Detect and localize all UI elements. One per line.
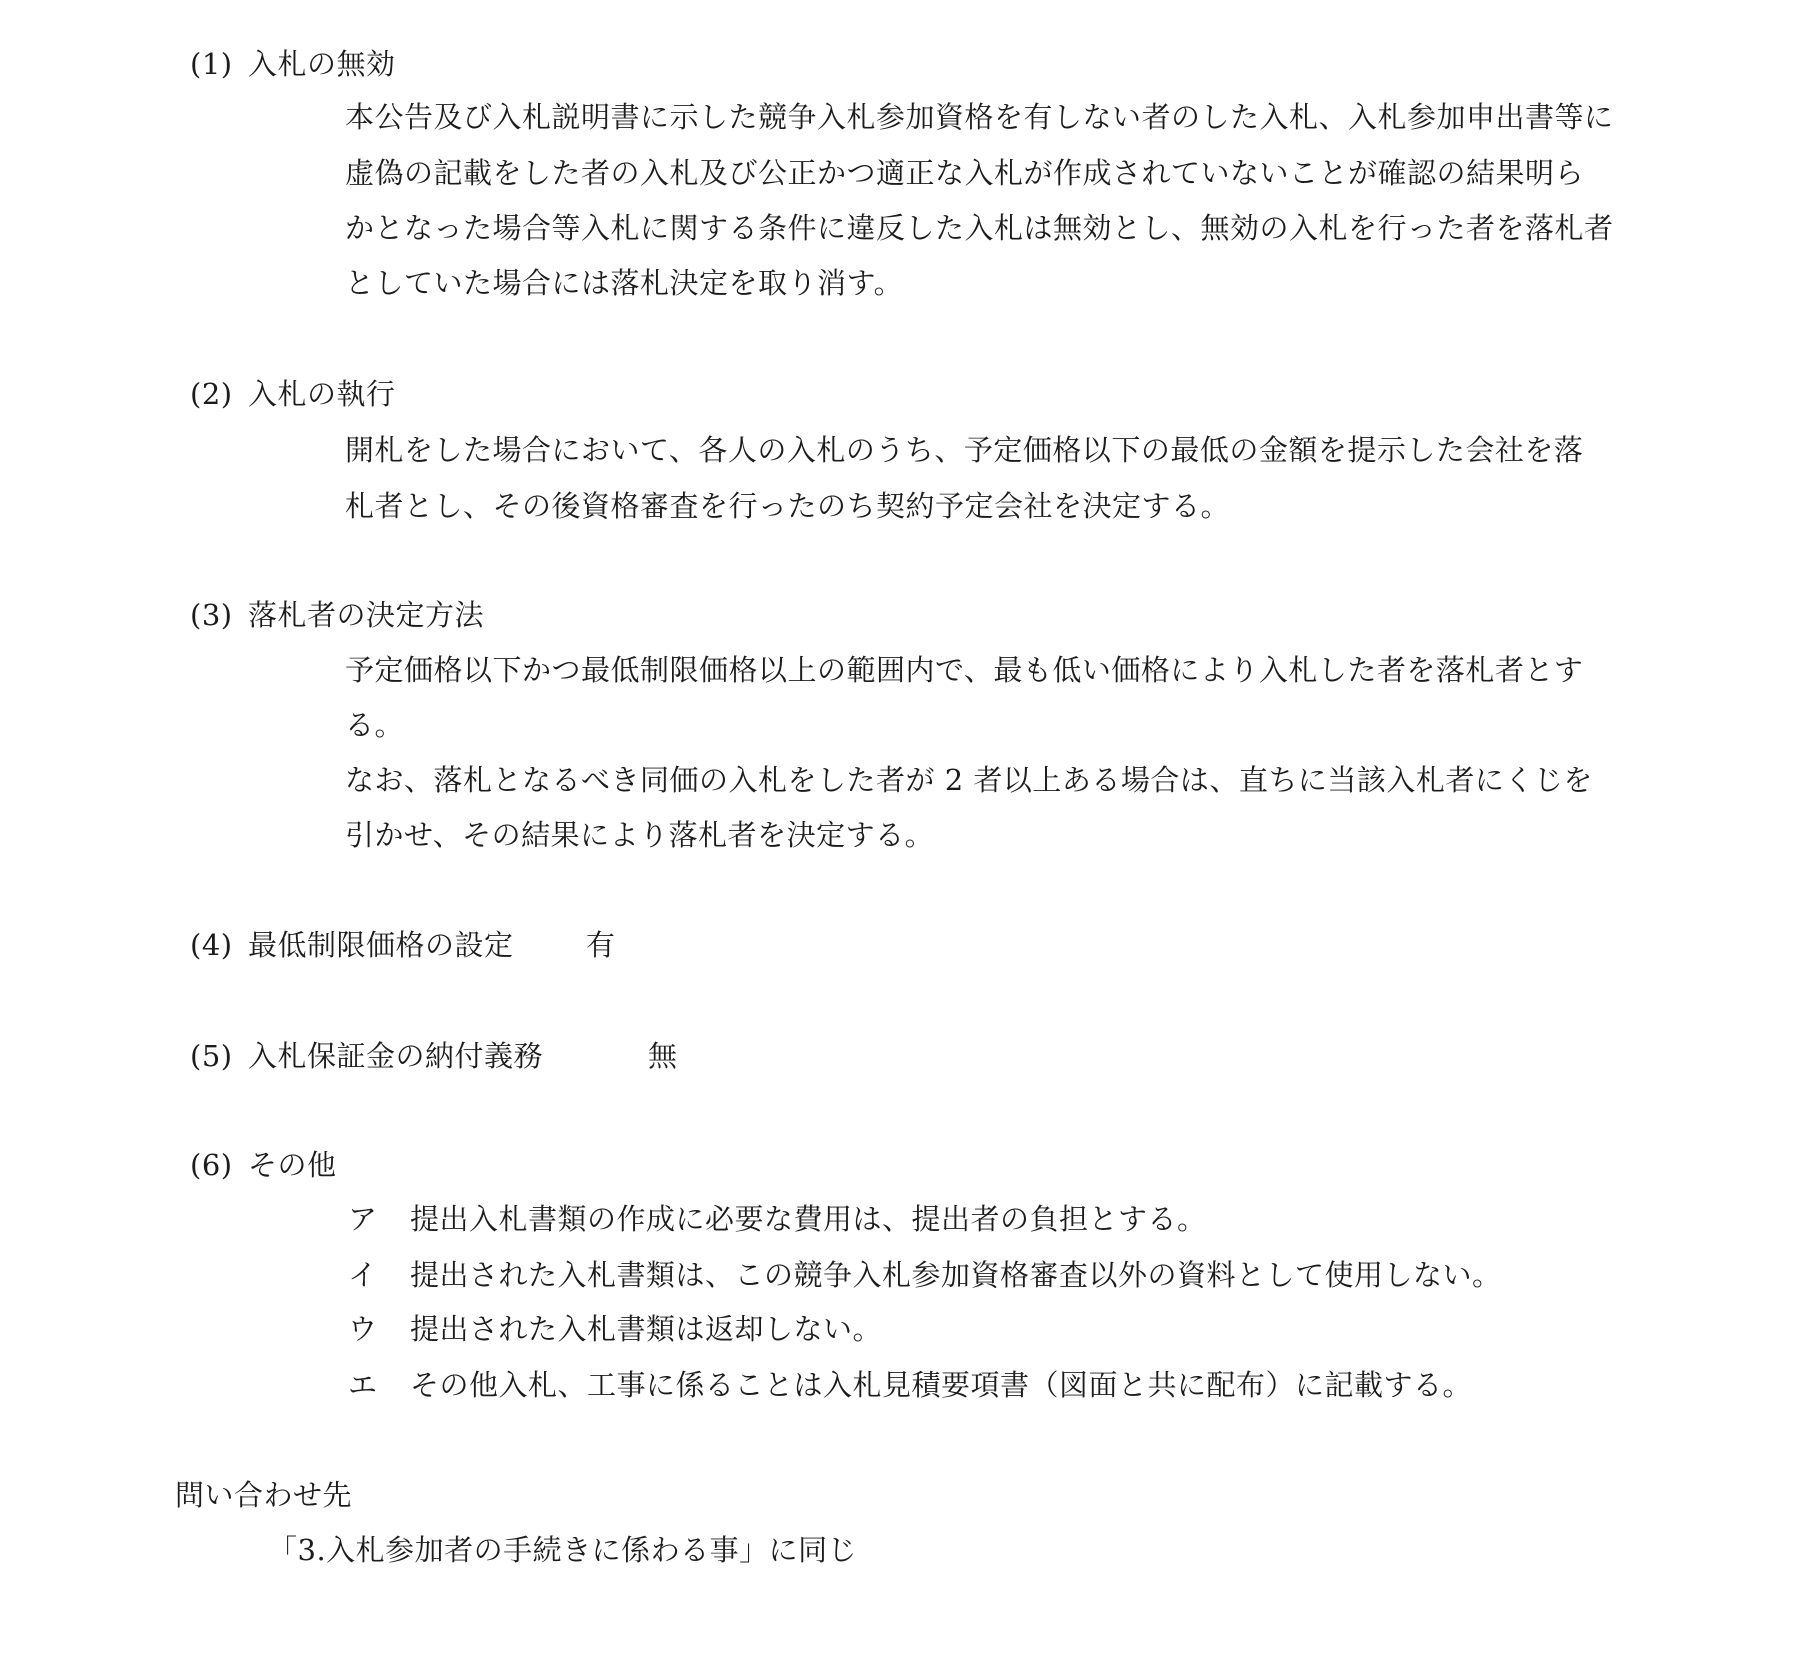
item-marker: ア: [348, 1199, 410, 1239]
section-1-heading: (1)入札の無効: [190, 44, 396, 84]
section-2-line-2: 札者とし、その後資格審査を行ったのち契約予定会社を決定する。: [345, 486, 1230, 526]
section-title: 入札保証金の納付義務: [248, 1039, 543, 1073]
section-title: 入札の執行: [248, 377, 396, 411]
section-number: (5): [190, 1036, 248, 1076]
section-3-line-4: 引かせ、その結果により落札者を決定する。: [345, 815, 934, 855]
section-3-line-1: 予定価格以下かつ最低制限価格以上の範囲内で、最も低い価格により入札した者を落札者…: [345, 650, 1583, 690]
item-text: その他入札、工事に係ることは入札見積要項書（図面と共に配布）に記載する。: [410, 1368, 1472, 1402]
section-number: (4): [190, 925, 248, 965]
section-2-heading: (2)入札の執行: [190, 374, 396, 414]
section-title: 落札者の決定方法: [248, 598, 484, 632]
section-1-line-2: 虚偽の記載をした者の入札及び公正かつ適正な入札が作成されていないことが確認の結果…: [345, 153, 1584, 193]
inquiry-text: 「3.入札参加者の手続きに係わる事」に同じ: [268, 1530, 857, 1570]
section-1-line-3: かとなった場合等入札に関する条件に違反した入札は無効とし、無効の入札を行った者を…: [345, 208, 1614, 248]
section-3-line-2: る。: [345, 705, 404, 745]
other-item-e: エその他入札、工事に係ることは入札見積要項書（図面と共に配布）に記載する。: [348, 1365, 1472, 1405]
section-3-line-3: なお、落札となるべき同価の入札をした者が 2 者以上ある場合は、直ちに当該入札者…: [345, 760, 1593, 800]
item-marker: エ: [348, 1365, 410, 1405]
section-5-value: 無: [648, 1036, 678, 1076]
item-text: 提出された入札書類は、この競争入札参加資格審査以外の資料として使用しない。: [410, 1258, 1502, 1292]
section-title: 入札の無効: [248, 47, 396, 81]
section-number: (1): [190, 44, 248, 84]
other-item-i: イ提出された入札書類は、この競争入札参加資格審査以外の資料として使用しない。: [348, 1255, 1502, 1295]
item-text: 提出入札書類の作成に必要な費用は、提出者の負担とする。: [410, 1202, 1207, 1236]
item-text: 提出された入札書類は返却しない。: [410, 1312, 882, 1346]
section-number: (6): [190, 1145, 248, 1185]
item-marker: ウ: [348, 1309, 410, 1349]
section-2-line-1: 開札をした場合において、各人の入札のうち、予定価格以下の最低の金額を提示した会社…: [345, 430, 1583, 470]
inquiry-heading: 問い合わせ先: [175, 1475, 352, 1515]
section-title: 最低制限価格の設定: [248, 928, 514, 962]
section-3-heading: (3)落札者の決定方法: [190, 595, 484, 635]
item-marker: イ: [348, 1255, 410, 1295]
section-5-heading: (5)入札保証金の納付義務: [190, 1036, 543, 1076]
other-item-a: ア提出入札書類の作成に必要な費用は、提出者の負担とする。: [348, 1199, 1207, 1239]
section-number: (2): [190, 374, 248, 414]
section-4-value: 有: [586, 925, 616, 965]
other-item-u: ウ提出された入札書類は返却しない。: [348, 1309, 882, 1349]
section-1-line-4: としていた場合には落札決定を取り消す。: [345, 263, 903, 303]
section-6-heading: (6)その他: [190, 1145, 337, 1185]
section-4-heading: (4)最低制限価格の設定: [190, 925, 514, 965]
section-number: (3): [190, 595, 248, 635]
section-title: その他: [248, 1148, 337, 1182]
section-1-line-1: 本公告及び入札説明書に示した競争入札参加資格を有しない者のした入札、入札参加申出…: [345, 97, 1614, 137]
